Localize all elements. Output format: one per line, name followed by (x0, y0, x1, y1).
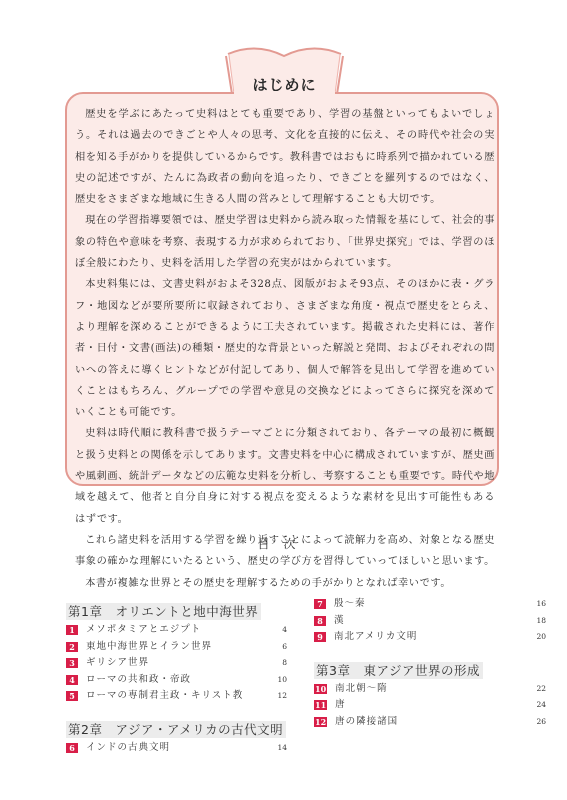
item-label: 東地中海世界とイラン世界 (86, 641, 212, 652)
toc-item[interactable]: 10南北朝〜隋 22 (314, 681, 544, 698)
toc-left-column: 第1章 オリエントと地中海世界 1メソポタミアとエジプト 4 2東地中海世界とイ… (66, 601, 296, 756)
page-number: 20 (536, 629, 546, 646)
intro-paragraph: 本史料集には、文書史料がおよそ328点、図版がおよそ93点、そのほかに表・グラフ… (75, 274, 495, 423)
toc-item[interactable]: 7殷〜秦 16 (314, 596, 544, 613)
page-number: 26 (536, 714, 546, 731)
item-number-badge: 12 (314, 717, 327, 727)
intro-paragraph: 歴史を学ぶにあたって史料はとても重要であり、学習の基盤といってもよいでしょう。そ… (75, 104, 495, 210)
item-label: ローマの専制君主政・キリスト教 (86, 690, 243, 701)
intro-paragraph: 史料は時代順に教科書で扱うテーマごとに分類されており、各テーマの最初に概観と扱う… (75, 423, 495, 529)
page-number: 14 (277, 740, 287, 757)
item-number-badge: 10 (314, 684, 327, 694)
item-number-badge: 7 (314, 599, 326, 609)
page-number: 18 (536, 613, 546, 630)
intro-text: 歴史を学ぶにあたって史料はとても重要であり、学習の基盤といってもよいでしょう。そ… (75, 104, 495, 594)
item-label: 南北アメリカ文明 (334, 631, 417, 642)
chapter-heading[interactable]: 第3章 東アジア世界の形成 (314, 662, 483, 679)
toc-item[interactable]: 8漢 18 (314, 613, 544, 630)
toc-item[interactable]: 5ローマの専制君主政・キリスト教 12 (66, 688, 296, 705)
item-number-badge: 1 (66, 625, 78, 635)
page-number: 8 (282, 655, 287, 672)
item-number-badge: 9 (314, 632, 326, 642)
item-label: 唐の隣接諸国 (335, 716, 398, 727)
item-number-badge: 11 (314, 700, 327, 710)
item-label: メソポタミアとエジプト (86, 624, 201, 635)
item-number-badge: 5 (66, 691, 78, 701)
toc-item[interactable]: 3ギリシア世界 8 (66, 655, 296, 672)
page-number: 24 (536, 697, 546, 714)
toc-item[interactable]: 1メソポタミアとエジプト 4 (66, 622, 296, 639)
item-number-badge: 2 (66, 642, 78, 652)
item-label: 殷〜秦 (334, 598, 366, 609)
page-number: 22 (536, 681, 546, 698)
toc-heading: 目次 (0, 535, 567, 552)
item-label: ローマの共和政・帝政 (86, 674, 191, 685)
intro-box: 歴史を学ぶにあたって史料はとても重要であり、学習の基盤といってもよいでしょう。そ… (65, 92, 499, 486)
chapter-heading[interactable]: 第2章 アジア・アメリカの古代文明 (66, 721, 286, 738)
intro-paragraph: 現在の学習指導要領では、歴史学習は史料から読み取った情報を基にして、社会的事象の… (75, 210, 495, 274)
toc-item[interactable]: 2東地中海世界とイラン世界 6 (66, 639, 296, 656)
item-label: 漢 (334, 615, 345, 626)
item-label: 南北朝〜隋 (335, 683, 388, 694)
item-label: ギリシア世界 (86, 657, 149, 668)
page-number: 12 (277, 688, 287, 705)
toc-right-column: 7殷〜秦 16 8漢 18 9南北アメリカ文明 20 第3章 東アジア世界の形成… (314, 596, 544, 730)
intro-paragraph: 本書が複雑な世界とその歴史を理解するための手がかりとなれば幸いです。 (75, 573, 495, 594)
item-label: 唐 (335, 699, 346, 710)
toc-item[interactable]: 9南北アメリカ文明 20 (314, 629, 544, 646)
toc-item[interactable]: 12唐の隣接諸国 26 (314, 714, 544, 731)
item-number-badge: 3 (66, 658, 78, 668)
page-number: 10 (277, 672, 287, 689)
item-label: インドの古典文明 (86, 742, 170, 753)
item-number-badge: 8 (314, 616, 326, 626)
page-number: 4 (282, 622, 287, 639)
item-number-badge: 4 (66, 675, 78, 685)
item-number-badge: 6 (66, 743, 78, 753)
chapter-heading[interactable]: 第1章 オリエントと地中海世界 (66, 603, 261, 620)
toc-item[interactable]: 6インドの古典文明 14 (66, 740, 296, 757)
page-number: 6 (282, 639, 287, 656)
tab-join (234, 91, 335, 95)
toc-item[interactable]: 11唐 24 (314, 697, 544, 714)
toc-item[interactable]: 4ローマの共和政・帝政 10 (66, 672, 296, 689)
page-number: 16 (536, 596, 546, 613)
intro-title-tab: はじめに (222, 44, 347, 94)
